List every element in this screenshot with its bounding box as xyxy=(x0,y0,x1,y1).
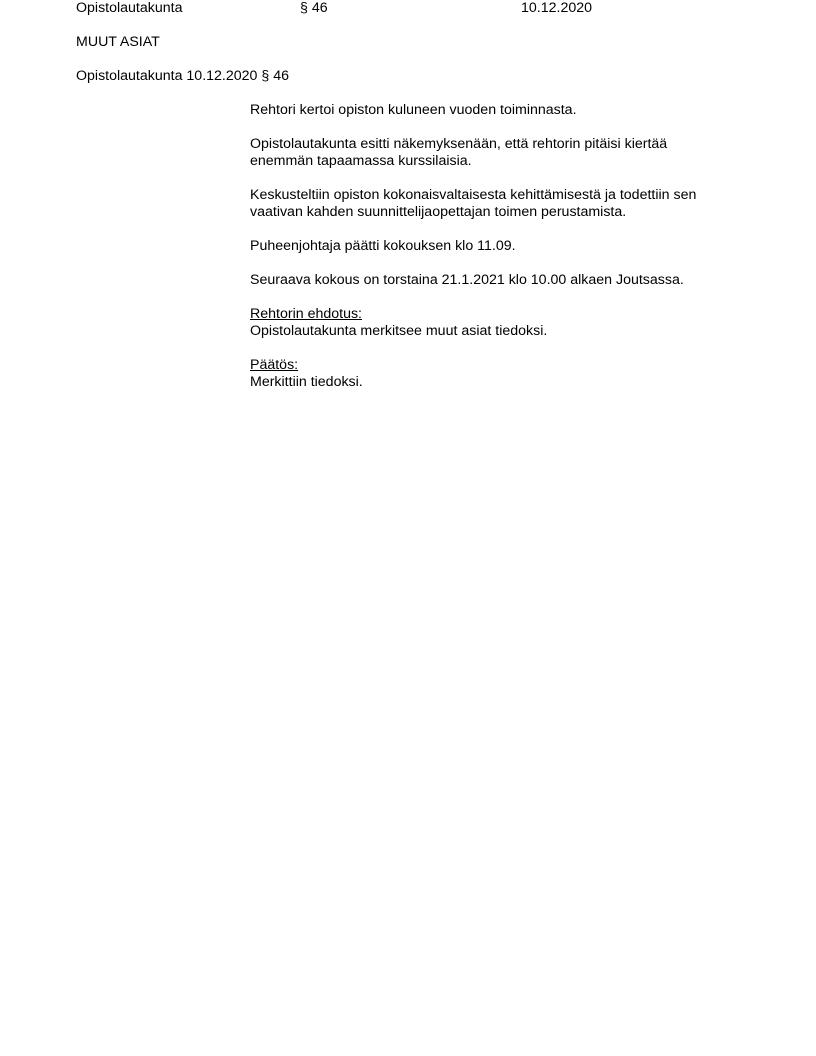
paragraph-next-meeting: Seuraava kokous on torstaina 21.1.2021 k… xyxy=(250,272,730,289)
paragraph-discussion: Keskusteltiin opiston kokonaisvaltaisest… xyxy=(250,187,720,221)
decision-heading: Päätös: xyxy=(250,357,730,374)
decision-section: Päätös: Merkittiin tiedoksi. xyxy=(250,357,730,391)
decision-text: Merkittiin tiedoksi. xyxy=(250,374,730,391)
document-title: MUUT ASIAT xyxy=(76,34,160,51)
header-section-number: § 46 xyxy=(300,0,328,17)
paragraph-report: Rehtori kertoi opiston kuluneen vuoden t… xyxy=(250,102,730,119)
header-organization: Opistolautakunta xyxy=(76,0,182,17)
meeting-reference: Opistolautakunta 10.12.2020 § 46 xyxy=(76,68,289,85)
proposal-text: Opistolautakunta merkitsee muut asiat ti… xyxy=(250,323,730,340)
header-date: 10.12.2020 xyxy=(521,0,592,17)
paragraph-opinion: Opistolautakunta esitti näkemyksenään, e… xyxy=(250,136,690,170)
paragraph-closing: Puheenjohtaja päätti kokouksen klo 11.09… xyxy=(250,238,730,255)
minutes-body: Rehtori kertoi opiston kuluneen vuoden t… xyxy=(250,102,730,408)
proposal-section: Rehtorin ehdotus: Opistolautakunta merki… xyxy=(250,306,730,340)
proposal-heading: Rehtorin ehdotus: xyxy=(250,306,730,323)
